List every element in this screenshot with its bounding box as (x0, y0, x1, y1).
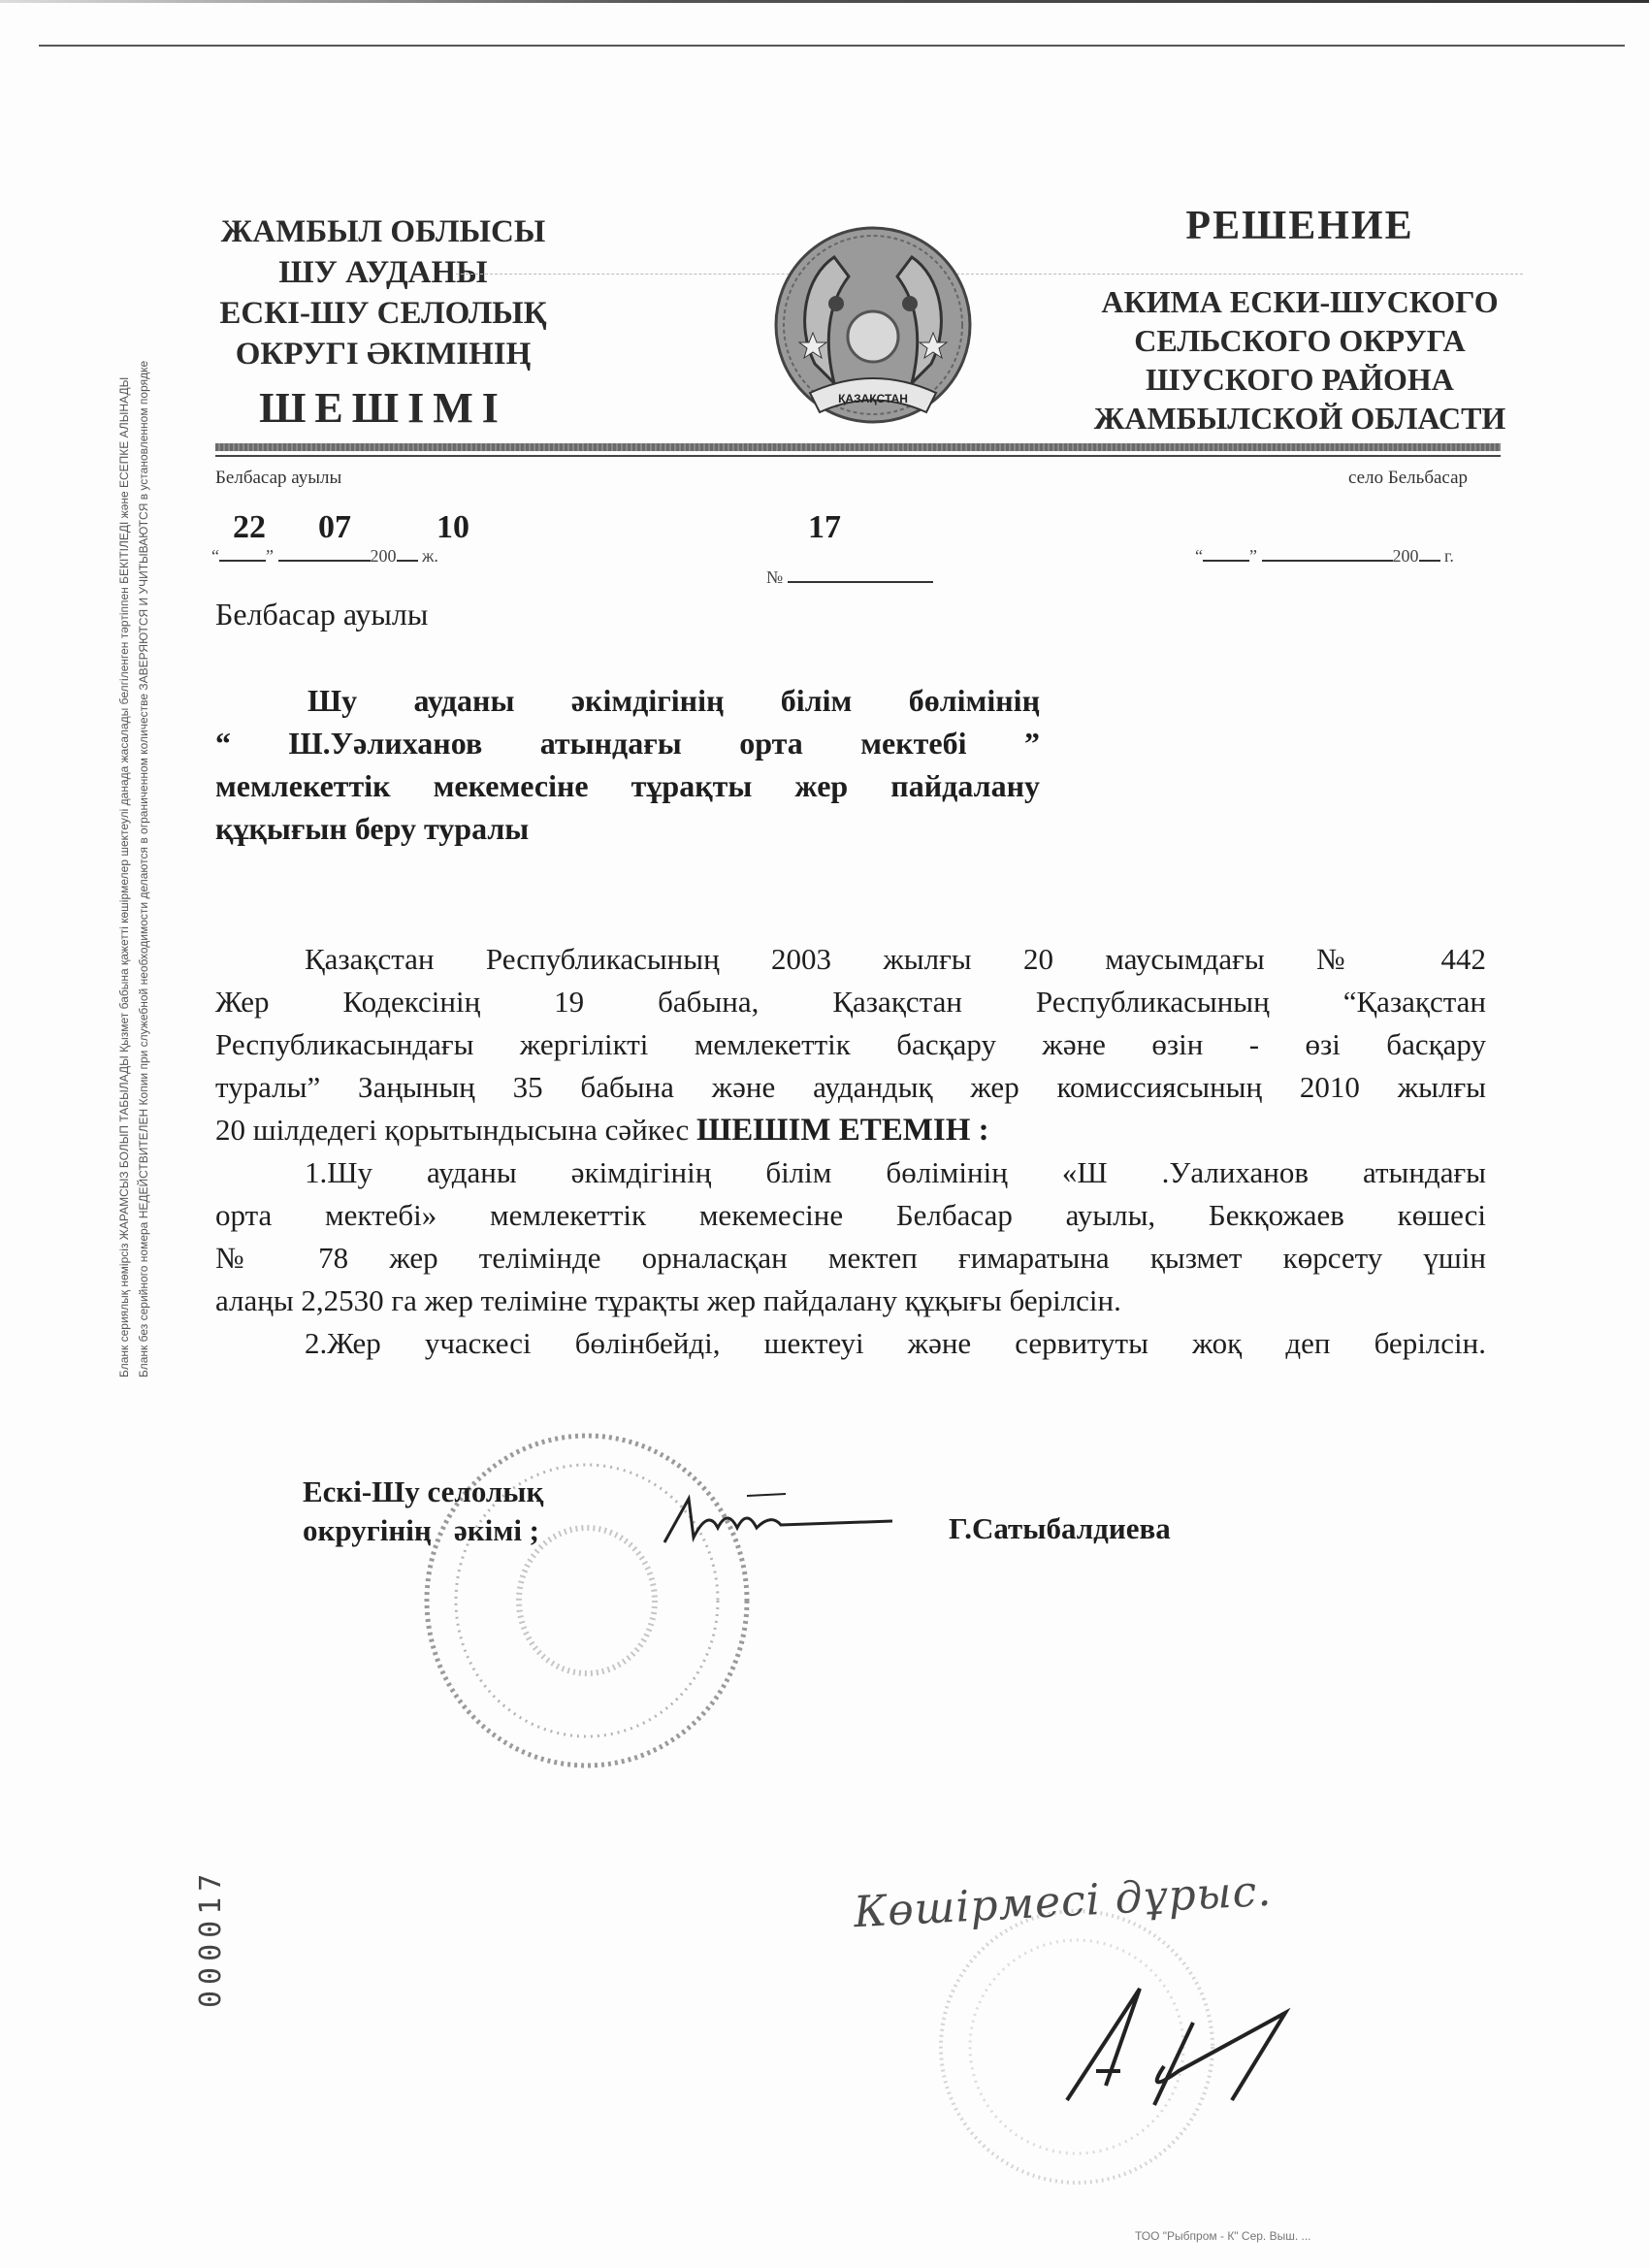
decision-body: Қазақстан Республикасының 2003 жылғы 20 … (215, 938, 1486, 1365)
signatory-name: Г.Сатыбалдиева (949, 1511, 1171, 1546)
title-line: құқығын беру туралы (215, 807, 1040, 850)
header-kazakh-block: ЖАМБЫЛ ОБЛЫСЫ ШУ АУДАНЫ ЕСКІ-ШУ СЕЛОЛЫҚ … (209, 211, 558, 429)
header-kz-doc-type: ШЕШІМІ (209, 388, 558, 429)
item1-line: орта мектебі» мемлекеттік мекемесіне Бел… (215, 1194, 1486, 1237)
margin-notice: Бланк сериялық нөмірсіз ЖАРАМСЫЗ БОЛЫП Т… (114, 361, 153, 1377)
svg-text:ҚАЗАҚСТАН: ҚАЗАҚСТАН (838, 392, 908, 405)
scan-top-rule (39, 45, 1625, 47)
header-ru-line: ЖАМБЫЛСКОЙ ОБЛАСТИ (1077, 399, 1523, 437)
body-line: Жер Кодексінің 19 бабына, Қазақстан Респ… (215, 981, 1486, 1023)
header-rule-thin (215, 455, 1501, 457)
decision-title: Шу ауданы әкімдігінің білім бөлімінің “ … (215, 679, 1040, 850)
blank-serial-number: 000017 (194, 1868, 228, 2008)
body-line: 20 шілдедегі қорытындысына сәйкес ШЕШІМ … (215, 1109, 1486, 1151)
header-ru-line: ШУСКОГО РАЙОНА (1077, 360, 1523, 399)
place-kazakh: Белбасар ауылы (215, 468, 341, 489)
date-line-russian: “” 200 г. (1195, 546, 1454, 567)
header-ru-doc-type: РЕШЕНИЕ (1077, 207, 1523, 245)
printer-info: ТОО "Рыбпром - К" Сер. Выш. ... (1135, 2229, 1311, 2243)
header-russian-block: РЕШЕНИЕ АКИМА ЕСКИ-ШУСКОГО СЕЛЬСКОГО ОКР… (1077, 207, 1523, 437)
title-line: “ Ш.Уәлиханов атындағы орта мектебі ” (215, 722, 1040, 764)
date-line-kazakh: “” 200 ж. (211, 546, 438, 567)
item2-line: 2.Жер учаскесі бөлінбейді, шектеуі және … (215, 1322, 1486, 1365)
date-day: 22 (233, 509, 266, 546)
header-kz-line: ЖАМБЫЛ ОБЛЫСЫ (209, 211, 558, 252)
signature-certifier-icon (1048, 1979, 1309, 2115)
date-month: 07 (318, 509, 351, 546)
date-year: 10 (436, 509, 469, 546)
title-line: мемлекеттік мекемесіне тұрақты жер пайда… (215, 764, 1040, 807)
title-line: Шу ауданы әкімдігінің білім бөлімінің (215, 679, 1040, 722)
header-ru-line: АКИМА ЕСКИ-ШУСКОГО (1077, 282, 1523, 321)
header-rule-thick (215, 443, 1501, 451)
village-name: Белбасар ауылы (215, 597, 428, 632)
item1-line: № 78 жер телімінде орналасқан мектеп ғим… (215, 1237, 1486, 1280)
item1-line: 1.Шу ауданы әкімдігінің білім бөлімінің … (215, 1151, 1486, 1194)
signature-akim-icon (650, 1484, 902, 1552)
signatory-title: Ескі-Шу селолық округінің әкімі ; (303, 1473, 543, 1550)
body-line: туралы” Заңының 35 бабына және аудандық … (215, 1066, 1486, 1109)
body-line: Қазақстан Республикасының 2003 жылғы 20 … (215, 938, 1486, 981)
number-line: № (766, 567, 933, 588)
header-kz-line: ШУ АУДАНЫ (209, 252, 558, 293)
decision-phrase: ШЕШІМ ЕТЕМІН : (696, 1113, 989, 1148)
header-kz-line: ЕСКІ-ШУ СЕЛОЛЫҚ (209, 293, 558, 334)
header-ru-line: СЕЛЬСКОГО ОКРУГА (1077, 321, 1523, 360)
body-line: Республикасындағы жергілікті мемлекеттік… (215, 1023, 1486, 1066)
page-top-edge (0, 0, 1649, 3)
kazakhstan-emblem-icon: ҚАЗАҚСТАН (766, 218, 980, 432)
document-number: 17 (808, 509, 841, 546)
place-russian: село Бельбасар (1348, 468, 1468, 489)
header-kz-line: ОКРУГІ ӘКІМІНІҢ (209, 334, 558, 374)
item1-line: алаңы 2,2530 га жер теліміне тұрақты жер… (215, 1280, 1486, 1322)
